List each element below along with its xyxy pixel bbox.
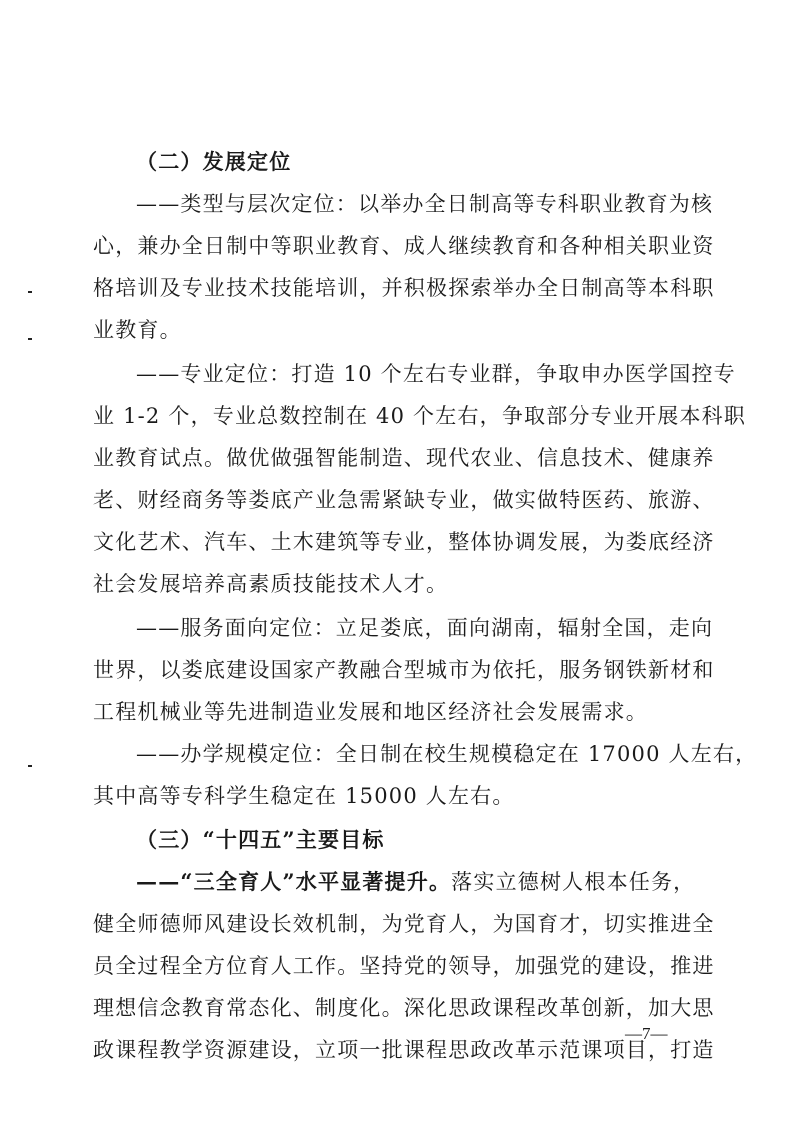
paragraph-line: 文化艺术、汽车、土木建筑等专业，整体协调发展，为娄底经济 <box>93 528 693 556</box>
paragraph-line: 其中高等专科学生稳定在 15000 人左右。 <box>93 782 693 810</box>
paragraph-line: 心，兼办全日制中等职业教育、成人继续教育和各种相关职业资 <box>93 232 693 260</box>
paragraph-line: 业教育试点。做优做强智能制造、现代农业、信息技术、健康养 <box>93 444 693 472</box>
paragraph-line: 格培训及专业技术技能培训，并积极探索举办全日制高等本科职 <box>93 274 693 302</box>
section-heading: （二）发展定位 <box>136 148 736 176</box>
scan-margin-mark <box>28 765 32 767</box>
paragraph-line: 健全师德师风建设长效机制，为党育人，为国育才，切实推进全 <box>93 910 693 938</box>
scan-margin-mark <box>28 291 32 293</box>
paragraph-line: ——类型与层次定位：以举办全日制高等专科职业教育为核 <box>136 190 736 218</box>
paragraph-line: ——专业定位：打造 10 个左右专业群，争取申办医学国控专 <box>136 360 736 388</box>
goal-text: 落实立德树人根本任务， <box>451 870 695 894</box>
paragraph-line: 社会发展培养高素质技能技术人才。 <box>93 570 693 598</box>
paragraph-line: 工程机械业等先进制造业发展和地区经济社会发展需求。 <box>93 698 693 726</box>
paragraph-line: ——“三全育人”水平显著提升。落实立德树人根本任务， <box>136 868 736 896</box>
paragraph-line: ——服务面向定位：立足娄底，面向湖南，辐射全国，走向 <box>136 614 736 642</box>
goal-title: ——“三全育人”水平显著提升。 <box>136 869 451 894</box>
page-number: —7— <box>625 1024 668 1044</box>
scan-margin-mark <box>28 338 32 340</box>
paragraph-line: 政课程教学资源建设，立项一批课程思政改革示范课项目，打造 <box>93 1036 693 1064</box>
paragraph-line: 世界，以娄底建设国家产教融合型城市为依托，服务钢铁新材和 <box>93 656 693 684</box>
section-heading: （三）“十四五”主要目标 <box>136 826 736 854</box>
paragraph-line: 理想信念教育常态化、制度化。深化思政课程改革创新，加大思 <box>93 994 693 1022</box>
paragraph-line: 老、财经商务等娄底产业急需紧缺专业，做实做特医药、旅游、 <box>93 486 693 514</box>
paragraph-line: 员全过程全方位育人工作。坚持党的领导，加强党的建设，推进 <box>93 952 693 980</box>
paragraph-line: 业 1-2 个，专业总数控制在 40 个左右，争取部分专业开展本科职 <box>93 402 693 430</box>
paragraph-line: 业教育。 <box>93 316 693 344</box>
paragraph-line: ——办学规模定位：全日制在校生规模稳定在 17000 人左右， <box>136 740 736 768</box>
